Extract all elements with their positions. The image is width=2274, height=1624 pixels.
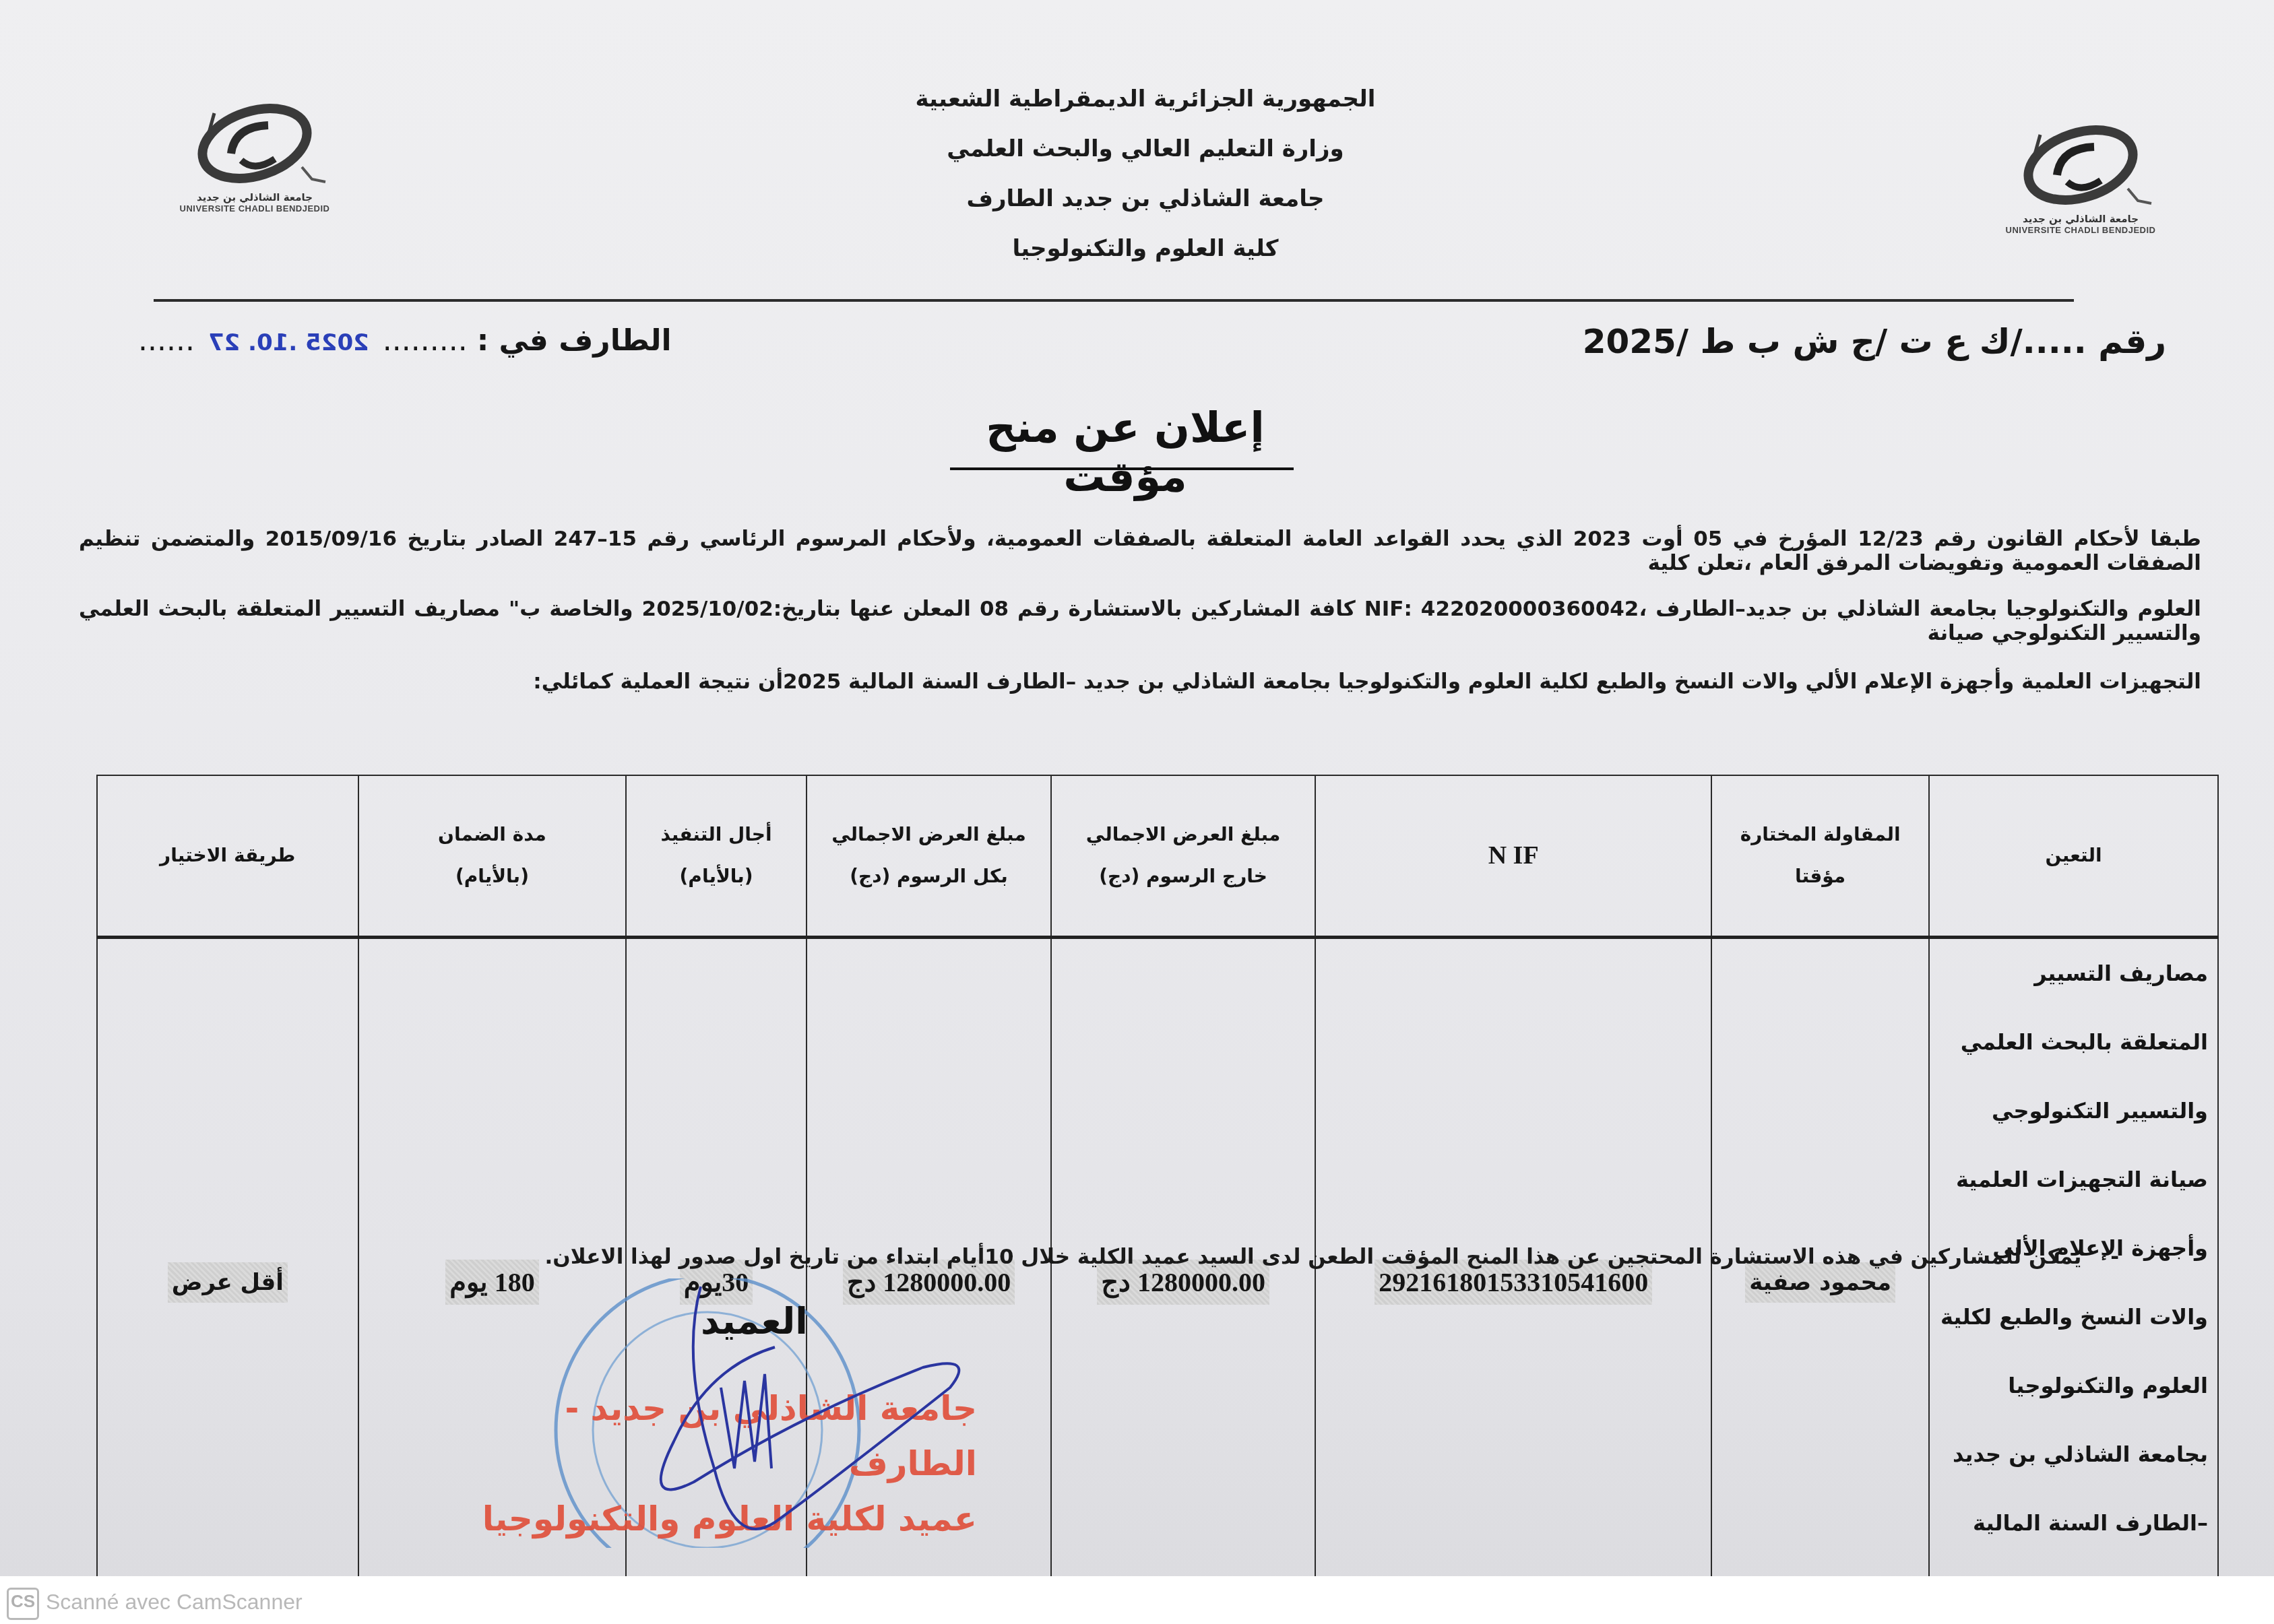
scanner-footer bbox=[0, 1576, 2274, 1624]
university-logo-right: جامعة الشاذلي بن جديد UNIVERSITE CHADLI … bbox=[1993, 115, 2168, 256]
header-line-ministry: وزارة التعليم العالي والبحث العلمي bbox=[809, 124, 1482, 174]
camscanner-logo-icon: CS bbox=[7, 1588, 39, 1620]
logo-arabic-text: جامعة الشاذلي بن جديد bbox=[1993, 213, 2168, 225]
col-header-amount-ttc: مبلغ العرض الاجمالي بكل الرسوم (دج) bbox=[807, 775, 1051, 937]
reference-number: رقم ...../ك ع ت /ج ش ب ط /2025 bbox=[1583, 322, 2166, 361]
col-header-contractor: المقاولة المختارة مؤقتا bbox=[1711, 775, 1929, 937]
col-header-amount-ht: مبلغ العرض الاجمالي خارج الرسوم (دج) bbox=[1051, 775, 1315, 937]
body-paragraph-line-2: العلوم والتكنولوجيا بجامعة الشاذلي بن جد… bbox=[79, 597, 2201, 645]
cell-selection-method: أقل عرض bbox=[97, 937, 358, 1624]
logo-french-text: UNIVERSITE CHADLI BENDJEDID bbox=[1993, 225, 2168, 235]
place-date: الطارف في : ......... 27 .10. 2025 .....… bbox=[138, 323, 672, 358]
appeal-note-text: يمكن للمشاركين في هذه الاستشارة المحتجين… bbox=[545, 1245, 2082, 1269]
header-divider bbox=[154, 299, 2074, 302]
reference-value: ...../ك ع ت /ج ش ب ط /2025 bbox=[1583, 322, 2087, 361]
col-header-selection-method: طريقة الاختيار bbox=[97, 775, 358, 937]
body-paragraph-line-1: طبقا لأحكام القانون رقم 12/23 المؤرخ في … bbox=[79, 527, 2201, 575]
table-header-row: التعين المقاولة المختارة مؤقتا N IF مبلغ… bbox=[97, 775, 2218, 937]
cell-amount-ht: 1280000.00 دج bbox=[1051, 937, 1315, 1624]
university-logo-left: جامعة الشاذلي بن جديد UNIVERSITE CHADLI … bbox=[167, 93, 342, 234]
col-header-execution-delay: أجال التنفيذ (بالأيام) bbox=[626, 775, 807, 937]
cell-nif: 29216180153310541600 bbox=[1315, 937, 1711, 1624]
university-emblem-icon bbox=[1993, 115, 2168, 216]
body-paragraph-line-3: التجهيزات العلمية وأجهزة الإعلام الألي و… bbox=[79, 670, 2201, 694]
place-label: الطارف في : bbox=[477, 323, 672, 358]
appeal-note: - يمكن للمشاركين في هذه الاستشارة المحتج… bbox=[545, 1245, 2119, 1269]
scanner-watermark-text: Scanné avec CamScanner bbox=[46, 1590, 303, 1615]
reference-label: رقم bbox=[2098, 322, 2166, 361]
logo-french-text: UNIVERSITE CHADLI BENDJEDID bbox=[167, 203, 342, 214]
table-row: مصاريف التسيير المتعلقة بالبحث العلمي وا… bbox=[97, 937, 2218, 1624]
col-header-nif: N IF bbox=[1315, 775, 1711, 937]
cell-contractor: محمود صفية bbox=[1711, 937, 1929, 1624]
award-table: التعين المقاولة المختارة مؤقتا N IF مبلغ… bbox=[96, 775, 2219, 1624]
col-header-warranty: مدة الضمان (بالأيام) bbox=[358, 775, 627, 937]
title-underline bbox=[950, 467, 1294, 470]
header-line-republic: الجمهورية الجزائرية الديمقراطية الشعبية bbox=[809, 74, 1482, 124]
page-title: إعلان عن منح مؤقت bbox=[950, 403, 1300, 501]
col-header-designation: التعين bbox=[1929, 775, 2218, 937]
institution-header: الجمهورية الجزائرية الديمقراطية الشعبية … bbox=[809, 74, 1482, 273]
cell-designation: مصاريف التسيير المتعلقة بالبحث العلمي وا… bbox=[1929, 937, 2218, 1624]
handwritten-signature-icon bbox=[600, 1266, 977, 1563]
bullet-dash: - bbox=[2110, 1245, 2119, 1269]
header-line-faculty: كلية العلوم والتكنولوجيا bbox=[809, 224, 1482, 273]
date-stamp: 27 .10. 2025 bbox=[208, 329, 369, 356]
header-line-university: جامعة الشاذلي بن جديد الطارف bbox=[809, 174, 1482, 224]
university-emblem-icon bbox=[167, 93, 342, 194]
logo-arabic-text: جامعة الشاذلي بن جديد bbox=[167, 191, 342, 203]
